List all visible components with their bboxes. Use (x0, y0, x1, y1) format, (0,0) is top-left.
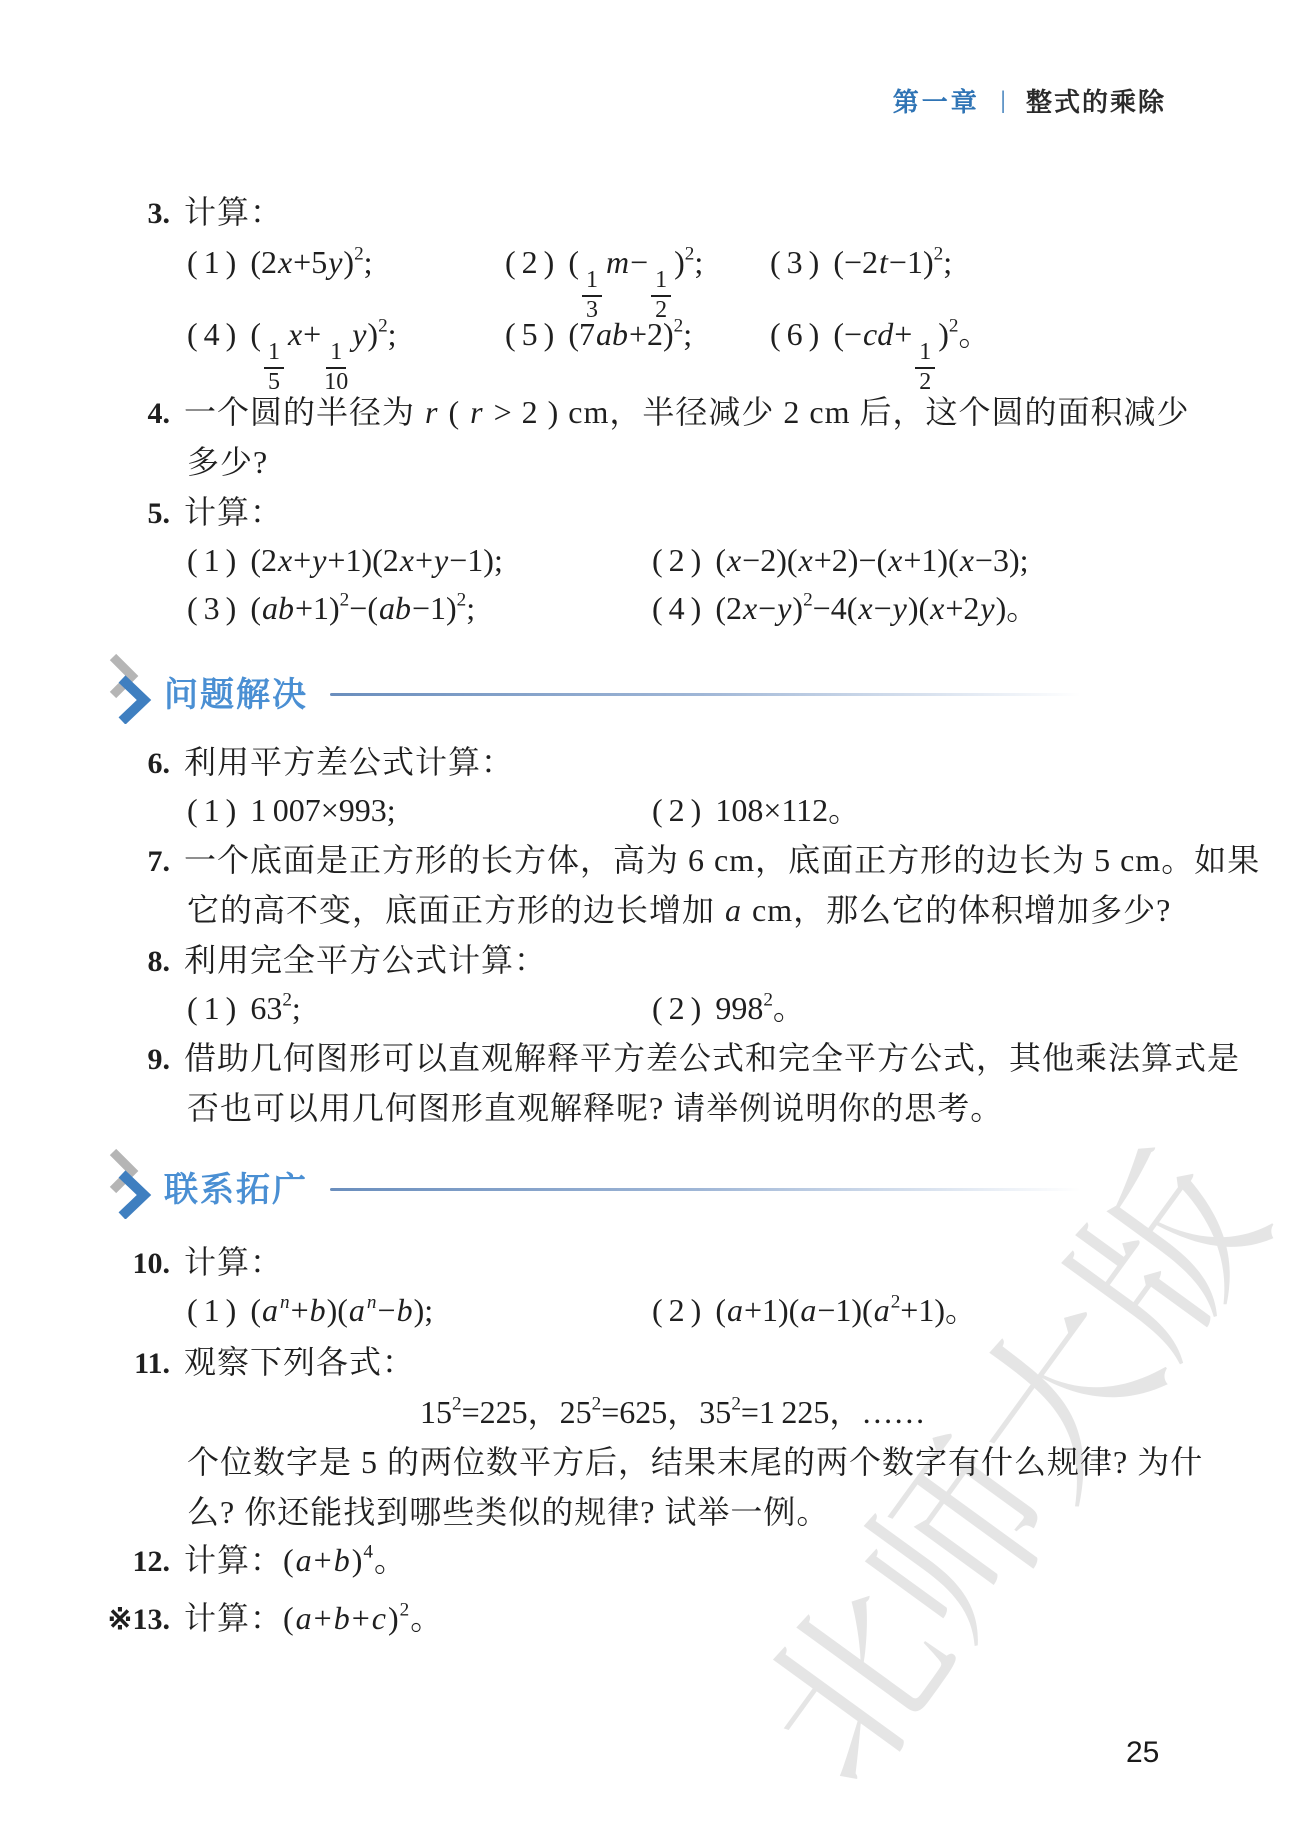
chapter-title: 整式的乘除 (1026, 82, 1166, 119)
math-expression: (7ab+2)2; (568, 316, 692, 352)
section-title: 问题解决 (164, 667, 308, 716)
item-number: (1) (187, 1292, 242, 1328)
problem-6-heading: 6.利用平方差公式计算： (85, 742, 1206, 784)
item-number: (5) (505, 316, 560, 352)
item-number: (2) (652, 1292, 707, 1328)
problem-4-heading: 4.一个圆的半径为 r ( r > 2 ) cm，半径减少 2 cm 后，这个圆… (85, 392, 1206, 434)
item-number: (1) (187, 792, 242, 828)
header-separator: | (1001, 87, 1005, 115)
math-expression: (−cd+12)2。 (833, 316, 990, 352)
problem-11-line-3: 么? 你还能找到哪些类似的规律? 试举一例。 (187, 1492, 829, 1534)
math-expression: 632; (250, 990, 300, 1026)
problem-3-heading: 3.计算： (85, 192, 1206, 234)
problem-9-heading: 9.借助几何图形可以直观解释平方差公式和完全平方公式，其他乘法算式是 (85, 1038, 1206, 1080)
exercise-item: (3)(−2t−1)2; (770, 242, 952, 284)
exercise-item: (1)(2x+y+1)(2x+y−1); (187, 540, 503, 582)
item-number: (4) (652, 590, 707, 626)
math-expression: (15x+110y)2; (250, 316, 396, 352)
problem-9-line-2: 否也可以用几何图形直观解释呢? 请举例说明你的思考。 (187, 1088, 1003, 1130)
exercise-item: (4)(2x−y)2−4(x−y)(x+2y)。 (652, 588, 1038, 630)
problem-number: 11. (85, 1344, 170, 1383)
math-expression: (13m−12)2; (568, 244, 703, 280)
item-number: (1) (187, 990, 242, 1026)
section-header-extension: 联系拓广 (108, 1150, 1146, 1222)
problem-title: 计算： (184, 1244, 283, 1280)
problem-11-formula: 152=225，252=625，352=1 225，…… (420, 1392, 925, 1434)
problem-number: 6. (85, 744, 170, 783)
item-number: (1) (187, 542, 242, 578)
section-divider-line (330, 693, 1146, 696)
math-expression: 9982。 (715, 990, 805, 1026)
problem-13-heading: ※13.计算：(a+b+c)2。 (85, 1598, 1206, 1640)
exercise-item: (2)108×112。 (652, 790, 860, 832)
problem-text: 一个底面是正方形的长方体，高为 6 cm，底面正方形的边长为 5 cm。如果 (184, 842, 1260, 878)
exercise-item: (4)(15x+110y)2; (187, 314, 397, 395)
problem-text: 一个圆的半径为 r ( r > 2 ) cm，半径减少 2 cm 后，这个圆的面… (184, 394, 1189, 430)
problem-title: 计算： (184, 494, 283, 530)
chapter-label: 第一章 (893, 82, 980, 119)
item-number: (2) (652, 990, 707, 1026)
problem-text: 计算：(a+b+c)2。 (184, 1600, 443, 1636)
problem-11-line-2: 个位数字是 5 的两位数平方后，结果末尾的两个数字有什么规律? 为什 (187, 1442, 1203, 1484)
exercise-item: (6)(−cd+12)2。 (770, 314, 991, 395)
page-header: 第一章 | 整式的乘除 (893, 82, 1166, 119)
problem-8-heading: 8.利用完全平方公式计算： (85, 940, 1206, 982)
item-number: (2) (652, 792, 707, 828)
math-expression: (2x−y)2−4(x−y)(x+2y)。 (715, 590, 1038, 626)
problem-number: ※13. (85, 1600, 170, 1639)
problem-number: 4. (85, 394, 170, 433)
exercise-item: (2)(x−2)(x+2)−(x+1)(x−3); (652, 540, 1029, 582)
math-expression: 1 007×993; (250, 792, 395, 828)
problem-10-heading: 10.计算： (85, 1242, 1206, 1284)
problem-number: 5. (85, 494, 170, 533)
double-chevron-icon (108, 1147, 156, 1219)
exercise-item: (5)(7ab+2)2; (505, 314, 692, 356)
math-expression: (−2t−1)2; (833, 244, 952, 280)
exercise-item: (3)(ab+1)2−(ab−1)2; (187, 588, 475, 630)
problem-number: 7. (85, 842, 170, 881)
problem-number: 12. (85, 1542, 170, 1581)
problem-number: 9. (85, 1040, 170, 1079)
problem-title: 利用完全平方公式计算： (184, 942, 547, 978)
exercise-item: (2)(a+1)(a−1)(a2+1)。 (652, 1290, 977, 1332)
problem-4-line-2: 多少? (187, 442, 268, 484)
exercise-item: (1)(2x+5y)2; (187, 242, 373, 284)
problem-title: 利用平方差公式计算： (184, 744, 514, 780)
double-chevron-icon (108, 652, 156, 724)
section-header-problem-solving: 问题解决 (108, 655, 1146, 727)
exercise-item: (1)1 007×993; (187, 790, 396, 832)
problem-text: 借助几何图形可以直观解释平方差公式和完全平方公式，其他乘法算式是 (184, 1040, 1240, 1076)
item-number: (6) (770, 316, 825, 352)
math-expression: (2x+y+1)(2x+y−1); (250, 542, 503, 578)
problem-text: 计算：(a+b)4。 (184, 1542, 407, 1578)
page-number: 25 (1126, 1736, 1159, 1770)
item-number: (1) (187, 244, 242, 280)
problem-11-heading: 11.观察下列各式： (85, 1342, 1206, 1384)
section-divider-line (330, 1188, 1146, 1191)
problem-number: 10. (85, 1244, 170, 1283)
exercise-item: (2)(13m−12)2; (505, 242, 703, 323)
item-number: (2) (505, 244, 560, 280)
exercise-item: (1)(an+b)(an−b); (187, 1290, 433, 1332)
item-number: (3) (187, 590, 242, 626)
math-expression: (ab+1)2−(ab−1)2; (250, 590, 475, 626)
item-number: (2) (652, 542, 707, 578)
exercise-item: (2)9982。 (652, 988, 805, 1030)
section-title: 联系拓广 (164, 1162, 308, 1211)
item-number: (4) (187, 316, 242, 352)
textbook-page: 北师大版 第一章 | 整式的乘除 3.计算： (1)(2x+5y)2; (2)(… (0, 0, 1296, 1834)
item-number: (3) (770, 244, 825, 280)
math-expression: (a+1)(a−1)(a2+1)。 (715, 1292, 977, 1328)
problem-12-heading: 12.计算：(a+b)4。 (85, 1540, 1206, 1582)
problem-title: 计算： (184, 194, 283, 230)
problem-5-heading: 5.计算： (85, 492, 1206, 534)
problem-number: 3. (85, 194, 170, 233)
problem-number: 8. (85, 942, 170, 981)
math-expression: (an+b)(an−b); (250, 1292, 433, 1328)
problem-7-heading: 7.一个底面是正方形的长方体，高为 6 cm，底面正方形的边长为 5 cm。如果 (85, 840, 1206, 882)
problem-7-line-2: 它的高不变，底面正方形的边长增加 a cm，那么它的体积增加多少? (187, 890, 1171, 932)
problem-title: 观察下列各式： (184, 1344, 415, 1380)
math-expression: 108×112。 (715, 792, 860, 828)
math-expression: (2x+5y)2; (250, 244, 372, 280)
math-expression: (x−2)(x+2)−(x+1)(x−3); (715, 542, 1028, 578)
exercise-item: (1)632; (187, 988, 301, 1030)
